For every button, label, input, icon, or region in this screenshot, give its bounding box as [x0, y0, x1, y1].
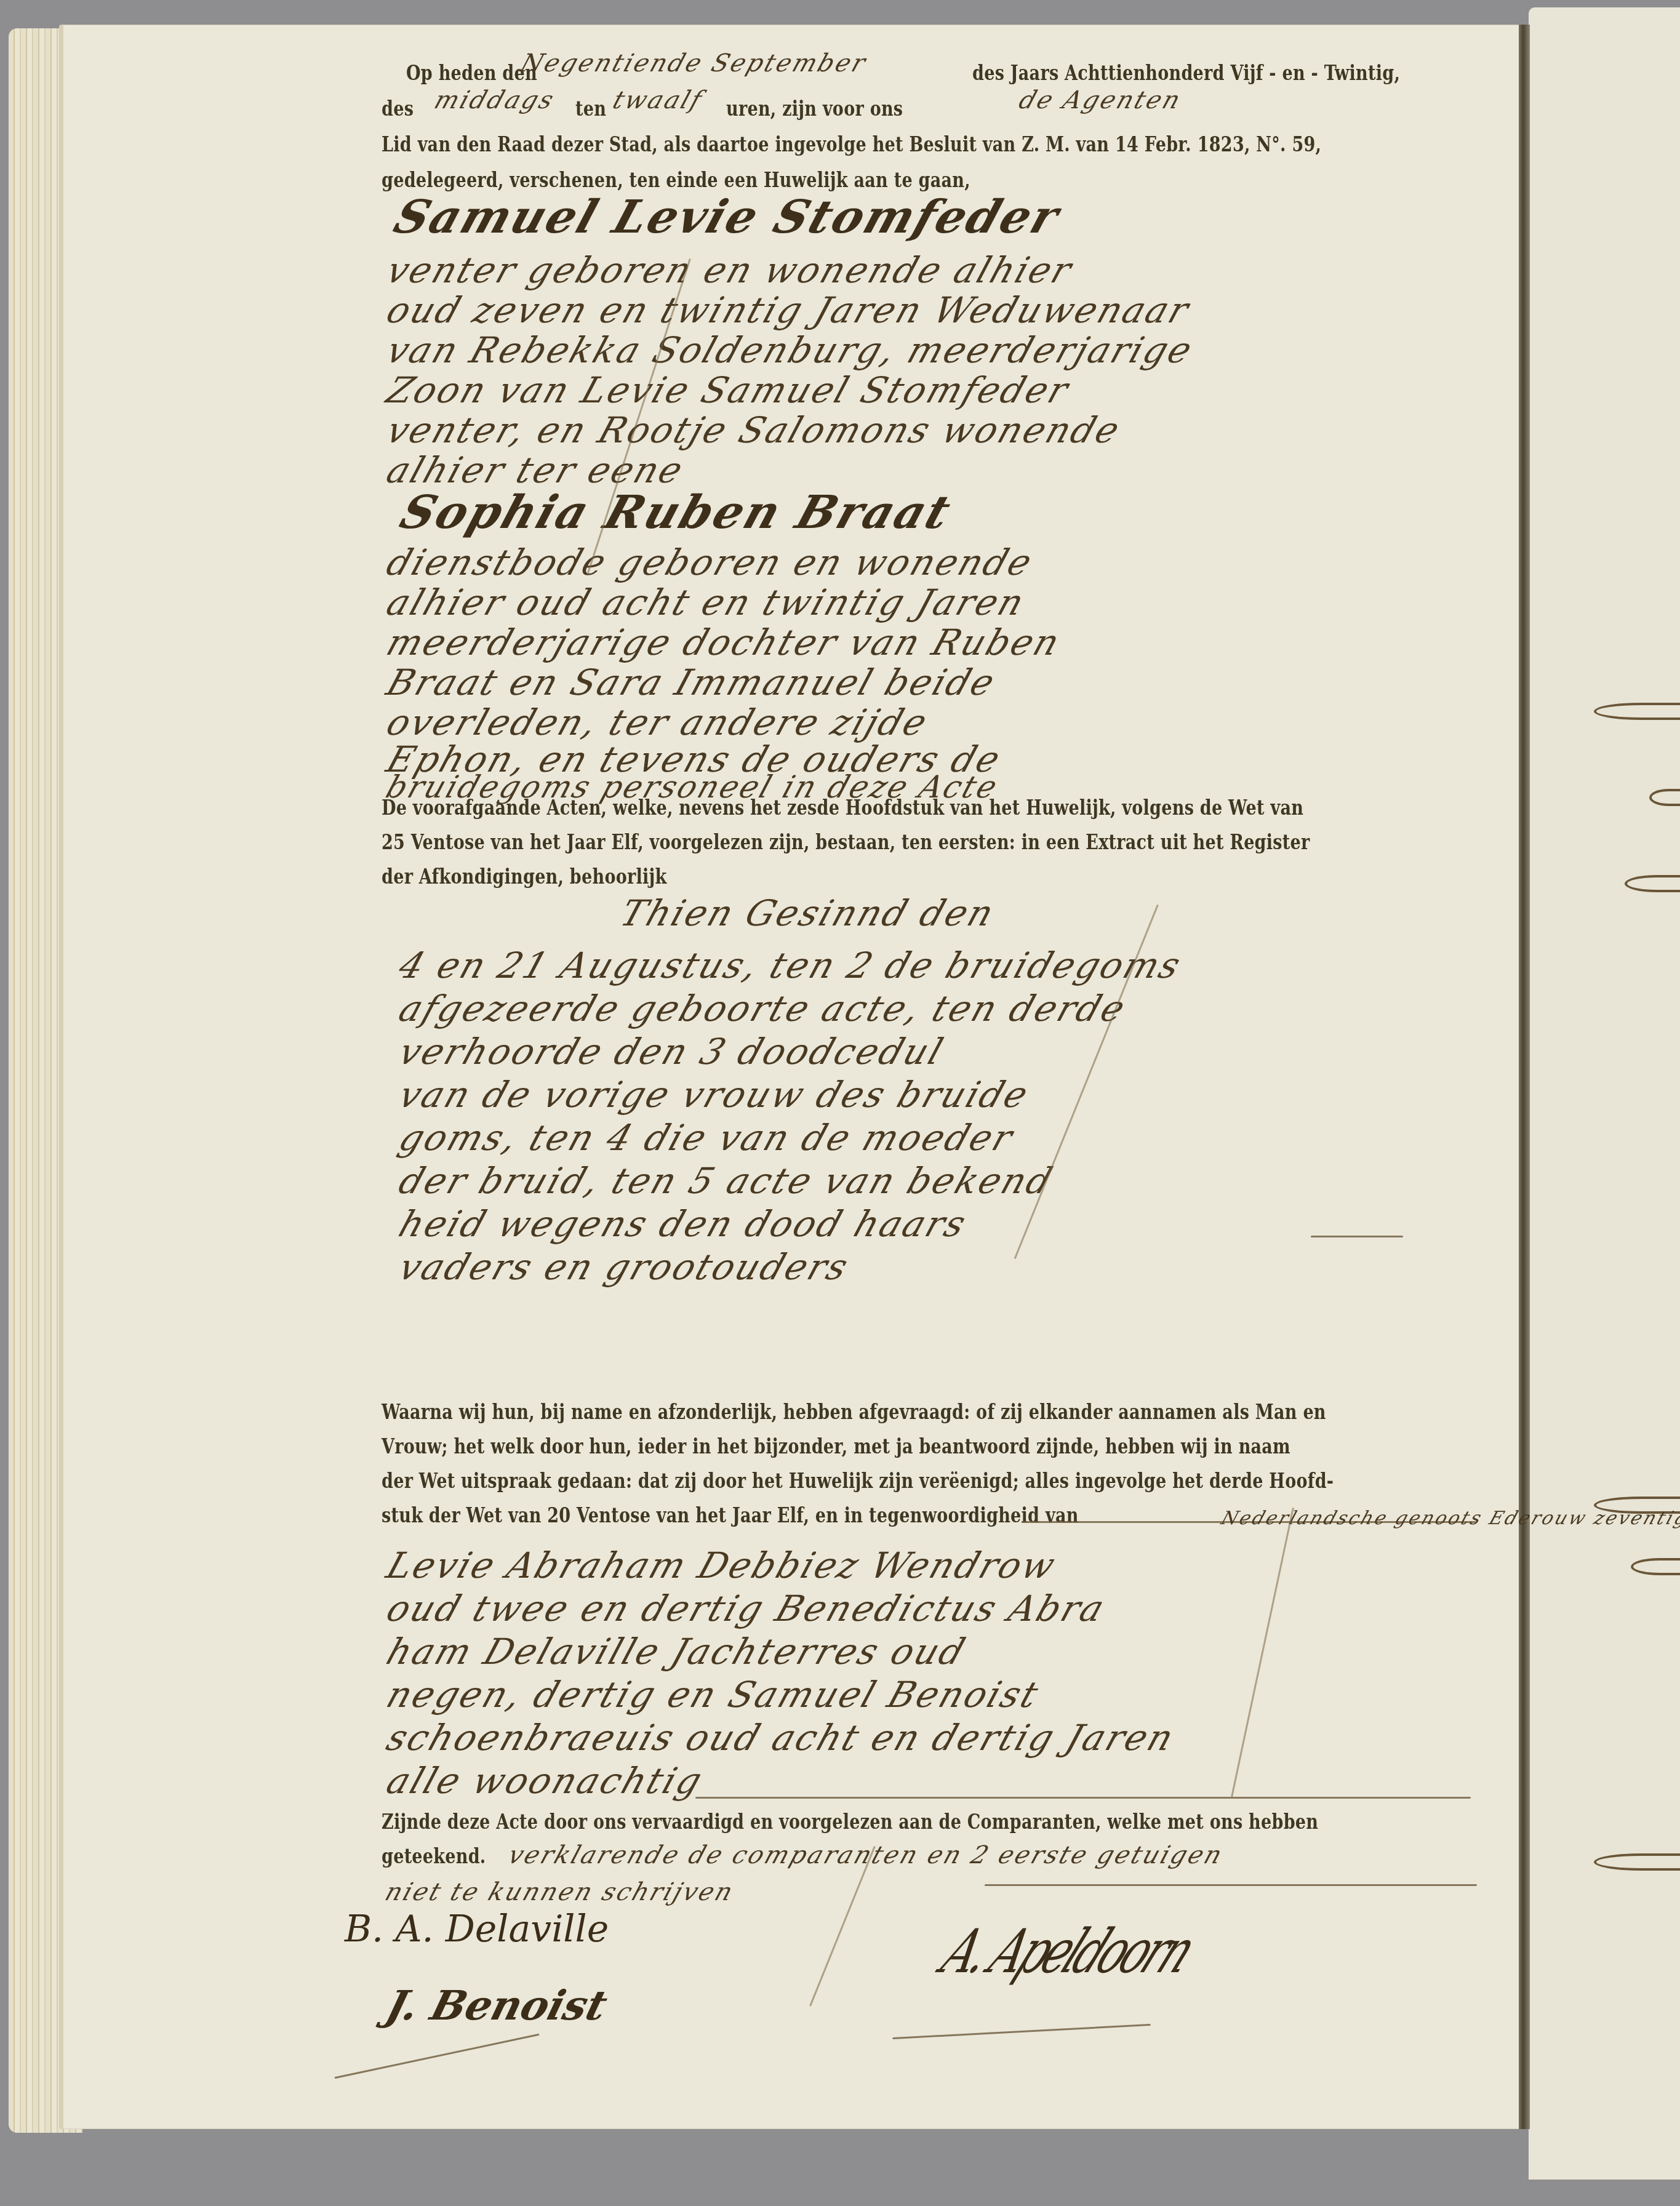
adjacent-page-flourish [1625, 875, 1680, 892]
printed-line-4: gedelegeerd, verschenen, ten einde een H… [382, 170, 970, 190]
handwritten-bride-line: dienstbode geboren en wonende [382, 542, 1039, 583]
printed-line-6: 25 Ventose van het Jaar Elf, voorgelezen… [382, 832, 1310, 852]
handwritten-acts-line: verhoorde den 3 doodcedul [394, 1031, 950, 1073]
book-gutter [1519, 25, 1530, 2129]
line-filler [1311, 1236, 1403, 1237]
printed-line-1b: des Jaars Achttienhonderd Vijf - en - Tw… [972, 63, 1400, 83]
printed-line-2b: ten [575, 98, 606, 119]
line-filler [985, 1884, 1477, 1886]
handwritten-time-part: middags [431, 86, 559, 114]
handwritten-groom-line: alhier ter eene [382, 449, 690, 491]
printed-line-7: der Afkondigingen, behoorlijk [382, 866, 667, 887]
adjacent-page-right [1529, 7, 1680, 2180]
handwritten-groom-line: venter geboren en wonende alhier [382, 249, 1078, 291]
handwritten-groom-name: Samuel Levie Stomfeder [388, 191, 1066, 244]
handwritten-bride-line: bruidegoms personeel in deze Acte [382, 769, 1003, 805]
printed-line-12: Zijnde deze Acte door ons vervaardigd en… [382, 1812, 1318, 1832]
signature-official: A. Apeldoorn [931, 1916, 1204, 1987]
printed-line-3: Lid van den Raad dezer Stad, als daartoe… [382, 134, 1321, 154]
printed-line-9: Vrouw; het welk door hun, ieder in het b… [382, 1436, 1290, 1457]
handwritten-witness-line: ham Delaville Jachterres oud [382, 1631, 972, 1672]
handwritten-bride-line: meerderjarige dochter van Ruben [382, 621, 1066, 663]
handwritten-acts-line: heid wegens den dood haars [394, 1203, 973, 1245]
adjacent-page-flourish [1594, 1853, 1680, 1871]
adjacent-page-flourish [1649, 789, 1680, 806]
printed-line-1a: Op heden den [406, 63, 537, 83]
signature-benoist: J. Benoist [382, 1981, 612, 2029]
adjacent-page-flourish [1631, 1558, 1680, 1575]
signature-delaville: B. A. Delaville [345, 1908, 609, 1951]
handwritten-witness-line: Levie Abraham Debbiez Wendrow [382, 1545, 1062, 1586]
handwritten-hour: twaalf [609, 86, 707, 114]
handwritten-witness-line: negen, dertig en Samuel Benoist [382, 1674, 1045, 1716]
handwritten-closing: niet te kunnen schrijven [382, 1878, 738, 1906]
handwritten-bride-line: alhier oud acht en twintig Jaren [382, 581, 1031, 623]
handwritten-official: de Agenten [1015, 86, 1185, 114]
printed-line-11: stuk der Wet van 20 Ventose van het Jaar… [382, 1505, 1079, 1525]
handwritten-witness-line: oud twee en dertig Benedictus Abra [382, 1588, 1111, 1629]
handwritten-groom-line: oud zeven en twintig Jaren Weduwenaar [382, 289, 1196, 331]
handwritten-acts-line: van de vorige vrouw des bruide [394, 1074, 1035, 1116]
handwritten-acts-line: vaders en grootouders [394, 1246, 855, 1288]
line-filler [695, 1797, 1471, 1799]
handwritten-acts-line: goms, ten 4 die van de moeder [394, 1117, 1019, 1159]
handwritten-bride-line: overleden, ter andere zijde [382, 701, 934, 743]
printed-line-10: der Wet uitspraak gedaan: dat zij door h… [382, 1471, 1334, 1491]
handwritten-acts-line: der bruid, ten 5 acte van bekend [394, 1160, 1059, 1202]
printed-line-13: geteekend. [382, 1846, 486, 1866]
adjacent-page-flourish [1594, 703, 1680, 720]
handwritten-groom-line: venter, en Rootje Salomons wonende [382, 409, 1126, 451]
handwritten-witness-line: schoenbraeuis oud acht en dertig Jaren [382, 1717, 1180, 1759]
printed-line-2c: uren, zijn voor ons [726, 98, 903, 119]
handwritten-bride-name: Sophia Ruben Braat [394, 486, 958, 539]
handwritten-acts-line: afgezeerde geboorte acte, ten derde [394, 988, 1132, 1029]
printed-line-8: Waarna wij hun, bij name en afzonderlijk… [382, 1402, 1326, 1422]
handwritten-groom-line: van Rebekka Soldenburg, meerderjarige [382, 329, 1199, 371]
handwritten-acts-line: Thien Gesinnd den [615, 892, 1001, 934]
handwritten-bride-line: Braat en Sara Immanuel beide [382, 661, 1001, 703]
handwritten-witness-line: alle woonachtig [382, 1760, 709, 1802]
handwritten-acts-line: 4 en 21 Augustus, ten 2 de bruidegoms [394, 945, 1187, 986]
printed-line-2a: des [382, 98, 414, 119]
handwritten-date: Negentiende September [517, 49, 871, 78]
handwritten-groom-line: Zoon van Levie Samuel Stomfeder [382, 369, 1075, 411]
